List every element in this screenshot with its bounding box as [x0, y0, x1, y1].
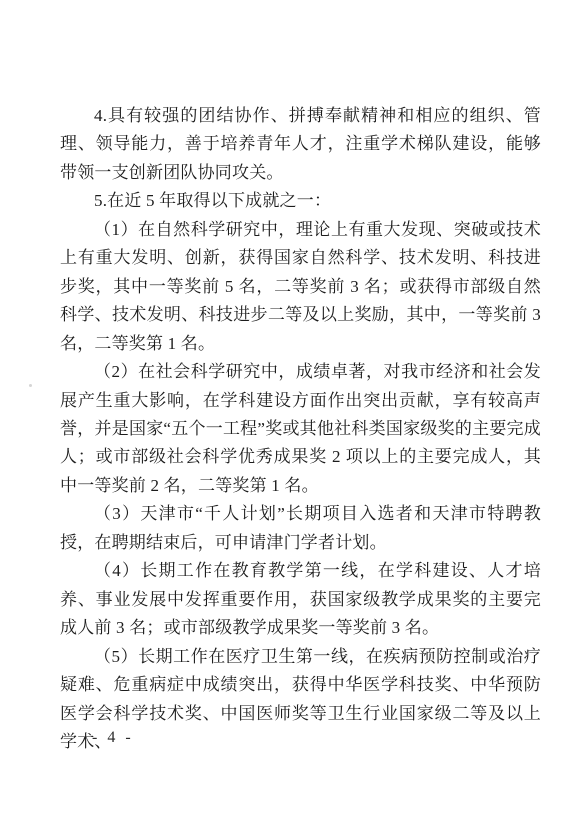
- paragraph: （1）在自然科学研究中，理论上有重大发现、突破或技术上有重大发明、创新，获得国家…: [60, 216, 541, 358]
- scan-speck: [29, 384, 32, 387]
- paragraph: （4）长期工作在教育教学第一线，在学科建设、人才培养、事业发展中发挥重要作用，获…: [60, 557, 541, 642]
- document-body: 4.具有较强的团结协作、拼搏奉献精神和相应的组织、管理、领导能力，善于培养青年人…: [60, 102, 541, 756]
- page-number: - 4 -: [92, 726, 134, 750]
- paragraph: 5.在近 5 年取得以下成就之一：: [60, 187, 541, 215]
- scanned-document-page: 4.具有较强的团结协作、拼搏奉献精神和相应的组织、管理、领导能力，善于培养青年人…: [0, 0, 579, 819]
- paragraph: 4.具有较强的团结协作、拼搏奉献精神和相应的组织、管理、领导能力，善于培养青年人…: [60, 102, 541, 187]
- paragraph: （3）天津市“千人计划”长期项目入选者和天津市特聘教授，在聘期结束后，可申请津门…: [60, 500, 541, 557]
- paragraph: （2）在社会科学研究中，成绩卓著，对我市经济和社会发展产生重大影响，在学科建设方…: [60, 358, 541, 500]
